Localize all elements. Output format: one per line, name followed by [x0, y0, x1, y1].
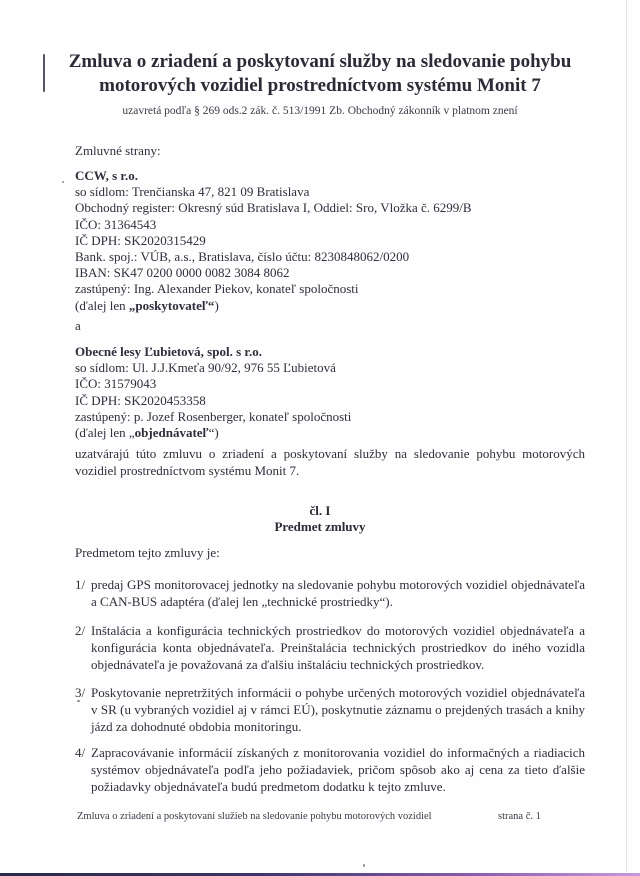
page-number: strana č. 1 — [498, 810, 541, 823]
customer-alias: (ďalej len „objednávateľ“) — [75, 425, 351, 441]
provider-alias: (ďalej len „poskytovateľ“) — [75, 298, 472, 314]
provider-seat: so sídlom: Trenčianska 47, 821 09 Bratis… — [75, 184, 472, 200]
article-heading: Predmet zmluvy — [0, 519, 640, 536]
document-subtitle: uzavretá podľa § 269 ods.2 zák. č. 513/1… — [0, 104, 640, 118]
item-text: Zapracovávanie informácií získaných z mo… — [91, 745, 585, 795]
scanned-page: Zmluva o zriadení a poskytovaní služby n… — [0, 0, 640, 876]
subject-item-4: 4/ Zapracovávanie informácií získaných z… — [75, 745, 585, 795]
subject-item-3: 3/ Poskytovanie nepretržitých informácii… — [75, 685, 585, 735]
scan-speck — [363, 864, 365, 867]
customer-represented: zastúpený: p. Jozef Rosenberger, konateľ… — [75, 409, 351, 425]
customer-seat: so sídlom: Ul. J.J.Kmeťa 90/92, 976 55 Ľ… — [75, 360, 351, 376]
provider-represented: zastúpený: Ing. Alexander Piekov, konate… — [75, 281, 472, 297]
item-number: 4/ — [75, 745, 91, 762]
subject-intro: Predmetom tejto zmluvy je: — [75, 545, 220, 561]
page-edge-line — [626, 0, 627, 872]
provider-register: Obchodný register: Okresný súd Bratislav… — [75, 200, 472, 216]
alias-name: „poskytovateľ“ — [129, 298, 215, 313]
alias-suffix: ) — [214, 298, 218, 313]
agreement-paragraph: uzatvárajú túto zmluvu o zriadení a posk… — [75, 446, 585, 479]
provider-iban: IBAN: SK47 0200 0000 0082 3084 8062 — [75, 265, 472, 281]
provider-ic-dph: IČ DPH: SK2020315429 — [75, 233, 472, 249]
alias-name: objednávateľ — [135, 425, 209, 440]
customer-ico: IČO: 31579043 — [75, 376, 351, 392]
provider-block: CCW, s r.o. so sídlom: Trenčianska 47, 8… — [75, 168, 472, 314]
item-text: Poskytovanie nepretržitých informácii o … — [91, 685, 585, 735]
provider-bank: Bank. spoj.: VÚB, a.s., Bratislava, čísl… — [75, 249, 472, 265]
provider-ico: IČO: 31364543 — [75, 217, 472, 233]
title-line-1: Zmluva o zriadení a poskytovaní služby n… — [0, 50, 640, 74]
customer-ic-dph: IČ DPH: SK2020453358 — [75, 393, 351, 409]
item-text: predaj GPS monitorovacej jednotky na sle… — [91, 577, 585, 611]
provider-name: CCW, s r.o. — [75, 168, 472, 184]
item-number: 2/ — [75, 623, 91, 640]
parties-label: Zmluvné strany: — [75, 143, 161, 159]
item-number: 3/ — [75, 685, 91, 702]
alias-prefix: (ďalej len — [75, 298, 129, 313]
alias-prefix: (ďalej len „ — [75, 425, 135, 440]
title-line-2: motorových vozidiel prostredníctvom syst… — [0, 74, 640, 98]
footer-title: Zmluva o zriadení a poskytovaní služieb … — [77, 810, 432, 823]
subject-item-2: 2/ Inštalácia a konfigurácia technických… — [75, 623, 585, 673]
alias-suffix: “) — [209, 425, 219, 440]
scan-speck — [62, 181, 64, 183]
customer-block: Obecné lesy Ľubietová, spol. s r.o. so s… — [75, 344, 351, 441]
document-title: Zmluva o zriadení a poskytovaní služby n… — [0, 50, 640, 98]
item-text: Inštalácia a konfigurácia technických pr… — [91, 623, 585, 673]
subject-item-1: 1/ predaj GPS monitorovacej jednotky na … — [75, 577, 585, 611]
item-number: 1/ — [75, 577, 91, 594]
customer-name: Obecné lesy Ľubietová, spol. s r.o. — [75, 344, 351, 360]
conjunction: a — [75, 318, 81, 334]
article-number: čl. I — [0, 503, 640, 520]
